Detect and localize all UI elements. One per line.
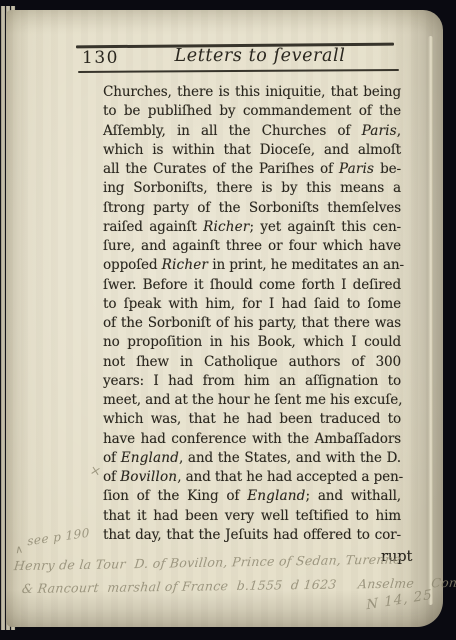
text-segment: ſion of the King of bbox=[103, 488, 247, 504]
text-line: which is within that Dioceſe, and almoſt bbox=[103, 141, 401, 160]
text-line: raiſed againſt Richer; yet againſt this … bbox=[103, 218, 401, 237]
text-line: ſtrong party of the Sorboniſts themſelve… bbox=[103, 199, 401, 218]
italic-text-segment: Richer bbox=[162, 257, 208, 273]
italic-text-segment: Paris bbox=[362, 123, 397, 139]
text-segment: to ſpeak with him, for I had ſaid to ſom… bbox=[103, 296, 401, 312]
text-line: have had conference with the Ambaſſadors bbox=[103, 430, 401, 449]
text-line: ſion of the King of England; and withall… bbox=[103, 487, 401, 506]
text-line: Churches, there is this iniquitie, that … bbox=[103, 83, 401, 102]
text-segment: , and that he had accepted a pen- bbox=[177, 469, 403, 485]
text-segment: which was, that he had been traduced to bbox=[103, 411, 401, 427]
text-segment: have had conference with the Ambaſſadors bbox=[103, 431, 401, 447]
text-line: that it had been very well teſtified to … bbox=[103, 507, 401, 526]
text-line: which was, that he had been traduced to bbox=[103, 410, 401, 429]
text-line: ſwer. Before it ſhould come forth I deſi… bbox=[103, 276, 401, 295]
text-segment: meet, and at the hour he ſent me his exc… bbox=[103, 392, 402, 408]
text-line: to be publiſhed by commandement of the bbox=[103, 102, 401, 121]
text-segment: that day, that the Jeſuits had offered t… bbox=[103, 527, 401, 543]
text-segment: of the Sorboniſt of his party, that ther… bbox=[103, 315, 401, 331]
text-line: no propoſition in his Book, which I coul… bbox=[103, 333, 401, 352]
text-segment: all the Curates of the Pariſhes of bbox=[103, 161, 339, 177]
text-segment: ; and withall, bbox=[306, 488, 402, 504]
book-photo: 130 Letters to ſeverall Churches, there … bbox=[0, 0, 456, 640]
running-title: Letters to ſeverall bbox=[140, 46, 380, 66]
body-text: Churches, there is this iniquitie, that … bbox=[103, 83, 401, 545]
text-segment: be- bbox=[374, 161, 401, 177]
text-segment: no propoſition in his Book, which I coul… bbox=[103, 334, 401, 350]
page-number: 130 bbox=[82, 48, 119, 68]
italic-text-segment: England bbox=[121, 450, 179, 466]
text-line: of the Sorboniſt of his party, that ther… bbox=[103, 314, 401, 333]
text-segment: ; yet againſt this cen- bbox=[249, 219, 401, 235]
italic-text-segment: Paris bbox=[339, 161, 374, 177]
text-line: ſure, and againſt three or four which ha… bbox=[103, 237, 401, 256]
text-segment: Aſſembly, in all the Churches of bbox=[103, 123, 362, 139]
italic-text-segment: Bovillon bbox=[120, 469, 177, 485]
text-segment: ſtrong party of the Sorboniſts themſelve… bbox=[103, 200, 401, 216]
text-line: ing Sorboniſts, there is by this means a bbox=[103, 179, 401, 198]
text-segment: ſwer. Before it ſhould come forth I deſi… bbox=[103, 277, 401, 293]
text-segment: in print, he meditates an an- bbox=[208, 257, 404, 273]
text-segment: not ſhew in Catholique authors of 300 bbox=[103, 354, 401, 370]
text-segment: ſure, and againſt three or four which ha… bbox=[103, 238, 401, 254]
text-segment: raiſed againſt bbox=[103, 219, 203, 235]
text-segment: ing Sorboniſts, there is by this means a bbox=[103, 180, 401, 196]
text-line: oppoſed Richer in print, he meditates an… bbox=[103, 256, 401, 275]
pencil-caret-mark: ∧ bbox=[14, 543, 23, 557]
text-segment: , and the States, and with the D. bbox=[179, 450, 401, 466]
text-line: to ſpeak with him, for I had ſaid to ſom… bbox=[103, 295, 401, 314]
text-segment: , bbox=[397, 123, 401, 139]
text-line: of Bovillon, and that he had accepted a … bbox=[103, 468, 401, 487]
text-segment: years: I had from him an aſſignation to bbox=[103, 373, 401, 389]
italic-text-segment: Richer bbox=[203, 219, 249, 235]
text-line: years: I had from him an aſſignation to bbox=[103, 372, 401, 391]
fore-edge-highlight bbox=[428, 36, 433, 605]
text-line: all the Curates of the Pariſhes of Paris… bbox=[103, 160, 401, 179]
text-segment: of bbox=[103, 450, 121, 466]
text-segment: that it had been very well teſtified to … bbox=[103, 508, 401, 524]
text-segment: to be publiſhed by commandement of the bbox=[103, 103, 401, 119]
text-line: meet, and at the hour he ſent me his exc… bbox=[103, 391, 401, 410]
text-line: Aſſembly, in all the Churches of Paris, bbox=[103, 122, 401, 141]
italic-text-segment: England bbox=[247, 488, 305, 504]
text-segment: of bbox=[103, 469, 120, 485]
text-line: that day, that the Jeſuits had offered t… bbox=[103, 526, 401, 545]
text-segment: Churches, there is this iniquitie, that … bbox=[103, 84, 401, 100]
text-segment: which is within that Dioceſe, and almoſt bbox=[103, 142, 401, 158]
text-segment: oppoſed bbox=[103, 257, 162, 273]
text-line: not ſhew in Catholique authors of 300 bbox=[103, 353, 401, 372]
text-line: of England, and the States, and with the… bbox=[103, 449, 401, 468]
